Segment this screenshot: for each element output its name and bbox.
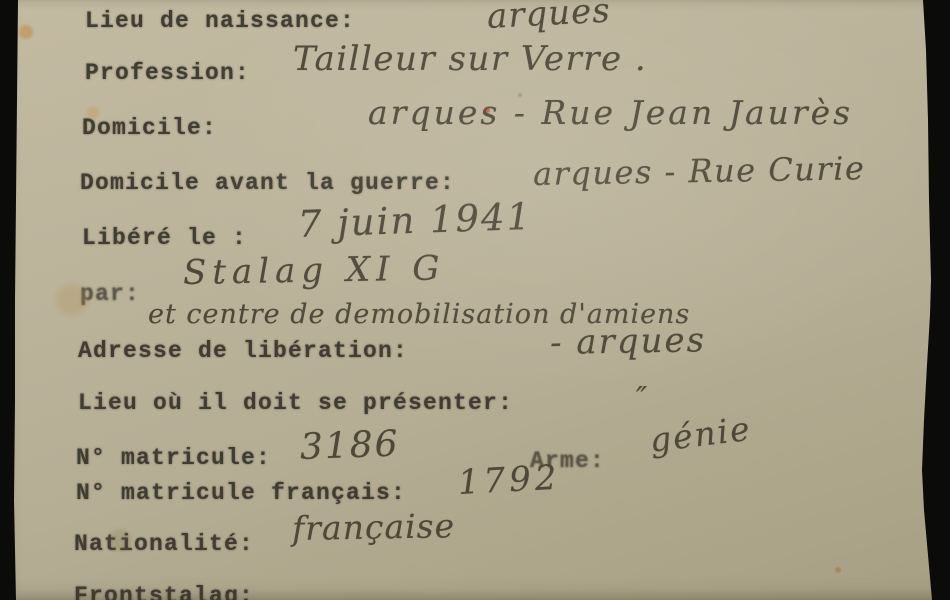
field-value-profession: Tailleur sur Verre .: [293, 42, 647, 76]
field-label-frontstalag: Frontstalag:: [74, 585, 254, 600]
field-label-lieu-naissance: Lieu de naissance:: [85, 10, 355, 33]
field-label-lieu-presentation: Lieu où il doit se présenter:: [78, 392, 513, 415]
field-value-libere-par: Stalag XI G: [183, 251, 446, 290]
field-value-libere-le: 7 juin 1941: [297, 198, 532, 243]
field-value-lieu-naissance: arques: [486, 0, 611, 34]
field-label-nationalite: Nationalité:: [74, 533, 254, 556]
field-value-arme: génie: [648, 412, 753, 457]
field-value-matricule: 3186: [299, 427, 400, 466]
field-label-domicile: Domicile:: [82, 117, 217, 140]
field-value-domicile: arques - Rue Jean Jaurès: [368, 96, 853, 129]
field-value-nationalite: française: [292, 509, 456, 545]
field-label-libere-par: par:: [80, 283, 140, 306]
field-value-lieu-presentation-ditto: ″: [636, 384, 647, 414]
field-label-matricule-francais: N° matricule français:: [76, 482, 406, 505]
scan-background: Lieu de naissance: arques Profession: Ta…: [0, 0, 950, 600]
document-paper: Lieu de naissance: arques Profession: Ta…: [0, 0, 950, 600]
field-value-matricule-francais: 1792: [457, 461, 561, 500]
field-label-adresse-liberation: Adresse de libération:: [78, 340, 408, 363]
field-label-matricule: N° matricule:: [76, 447, 271, 470]
field-label-profession: Profession:: [85, 62, 250, 85]
field-value-domicile-avant-guerre: arques - Rue Curie: [533, 152, 866, 190]
field-label-libere-le: Libéré le :: [82, 227, 247, 250]
field-value-adresse-liberation: - arques: [550, 323, 707, 360]
field-label-domicile-avant-guerre: Domicile avant la guerre:: [80, 172, 455, 195]
